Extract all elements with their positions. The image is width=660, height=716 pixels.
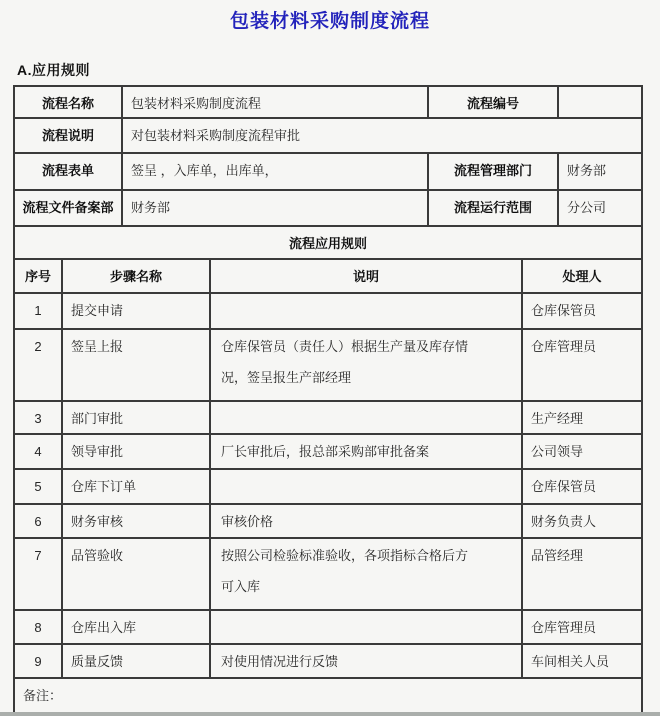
table-row: 流程说明 对包装材料采购制度流程审批 [15, 119, 641, 154]
step-desc-cell: 按照公司检验标准验收，各项指标合格后方可入库 [211, 539, 523, 609]
step-name-cell: 提交申请 [63, 294, 211, 328]
step-desc-cell [211, 294, 523, 328]
step-handler-cell: 仓库保管员 [523, 470, 641, 503]
info-label-cell: 流程管理部门 [429, 154, 559, 189]
page-title: 包装材料采购制度流程 [0, 6, 660, 33]
step-desc-cell: 对使用情况进行反馈 [211, 645, 523, 677]
step-desc-cell: 厂长审批后，报总部采购部审批备案 [211, 435, 523, 468]
info-value-cell: 分公司 [559, 191, 641, 225]
step-name-cell: 部门审批 [63, 402, 211, 433]
step-desc-cell: 审核价格 [211, 505, 523, 537]
info-label-cell: 流程表单 [15, 154, 123, 189]
table-row: 流程文件备案部门 财务部 流程运行范围 分公司 [15, 191, 641, 227]
info-label-cell: 流程文件备案部门 [15, 191, 123, 225]
rules-header-cell: 处理人 [523, 260, 641, 292]
remark-cell: 备注： [15, 679, 641, 715]
info-label-cell: 流程运行范围 [429, 191, 559, 225]
step-handler-cell: 生产经理 [523, 402, 641, 433]
info-value-cell: 包装材料采购制度流程 [123, 87, 429, 117]
info-label-cell: 流程说明 [15, 119, 123, 152]
section-header-cell: 流程应用规则 [15, 227, 641, 258]
table-row: 流程应用规则 [15, 227, 641, 260]
step-no-cell: 3 [15, 402, 63, 433]
step-no-cell: 9 [15, 645, 63, 677]
step-handler-cell: 车间相关人员 [523, 645, 641, 677]
rules-header-cell: 说明 [211, 260, 523, 292]
table-row: 序号 步骤名称 说明 处理人 [15, 260, 641, 294]
info-label-cell: 流程名称 [15, 87, 123, 117]
step-name-cell: 仓库下订单 [63, 470, 211, 503]
step-name-cell: 仓库出入库 [63, 611, 211, 643]
rules-header-cell: 序号 [15, 260, 63, 292]
table-row: 流程名称 包装材料采购制度流程 流程编号 [15, 87, 641, 119]
step-no-cell: 2 [15, 330, 63, 400]
table-row: 4 领导审批 厂长审批后，报总部采购部审批备案 公司领导 [15, 435, 641, 470]
step-no-cell: 5 [15, 470, 63, 503]
table-row: 5 仓库下订单 仓库保管员 [15, 470, 641, 505]
step-no-cell: 1 [15, 294, 63, 328]
info-value-cell [559, 87, 641, 117]
step-name-cell: 签呈上报 [63, 330, 211, 400]
step-desc-cell [211, 470, 523, 503]
table-row: 8 仓库出入库 仓库管理员 [15, 611, 641, 645]
step-name-cell: 品管验收 [63, 539, 211, 609]
info-value-cell: 对包装材料采购制度流程审批 [123, 119, 641, 152]
step-no-cell: 4 [15, 435, 63, 468]
table-row: 6 财务审核 审核价格 财务负责人 [15, 505, 641, 539]
section-label: A.应用规则 [17, 60, 660, 80]
step-no-cell: 8 [15, 611, 63, 643]
step-name-cell: 财务审核 [63, 505, 211, 537]
table-row: 3 部门审批 生产经理 [15, 402, 641, 435]
table-row: 9 质量反馈 对使用情况进行反馈 车间相关人员 [15, 645, 641, 679]
screenshot-bottom-edge [0, 712, 660, 716]
step-desc-cell: 仓库保管员（责任人）根据生产量及库存情况，签呈报生产部经理 [211, 330, 523, 400]
step-handler-cell: 仓库管理员 [523, 330, 641, 400]
info-value-cell: 财务部 [123, 191, 429, 225]
step-handler-cell: 仓库管理员 [523, 611, 641, 643]
step-handler-cell: 公司领导 [523, 435, 641, 468]
step-name-cell: 领导审批 [63, 435, 211, 468]
step-no-cell: 6 [15, 505, 63, 537]
table-row: 2 签呈上报 仓库保管员（责任人）根据生产量及库存情况，签呈报生产部经理 仓库管… [15, 330, 641, 402]
table-row: 备注： [15, 679, 641, 715]
process-table: 流程名称 包装材料采购制度流程 流程编号 流程说明 对包装材料采购制度流程审批 … [13, 85, 643, 716]
step-name-cell: 质量反馈 [63, 645, 211, 677]
step-desc-cell [211, 611, 523, 643]
table-row: 7 品管验收 按照公司检验标准验收，各项指标合格后方可入库 品管经理 [15, 539, 641, 611]
table-row: 流程表单 签呈 ，入库单，出库单， 流程管理部门 财务部 [15, 154, 641, 191]
step-handler-cell: 财务负责人 [523, 505, 641, 537]
rules-header-cell: 步骤名称 [63, 260, 211, 292]
step-handler-cell: 仓库保管员 [523, 294, 641, 328]
step-no-cell: 7 [15, 539, 63, 609]
step-handler-cell: 品管经理 [523, 539, 641, 609]
info-value-cell: 签呈 ，入库单，出库单， [123, 154, 429, 189]
table-row: 1 提交申请 仓库保管员 [15, 294, 641, 330]
info-value-cell: 财务部 [559, 154, 641, 189]
step-desc-cell [211, 402, 523, 433]
info-label-cell: 流程编号 [429, 87, 559, 117]
